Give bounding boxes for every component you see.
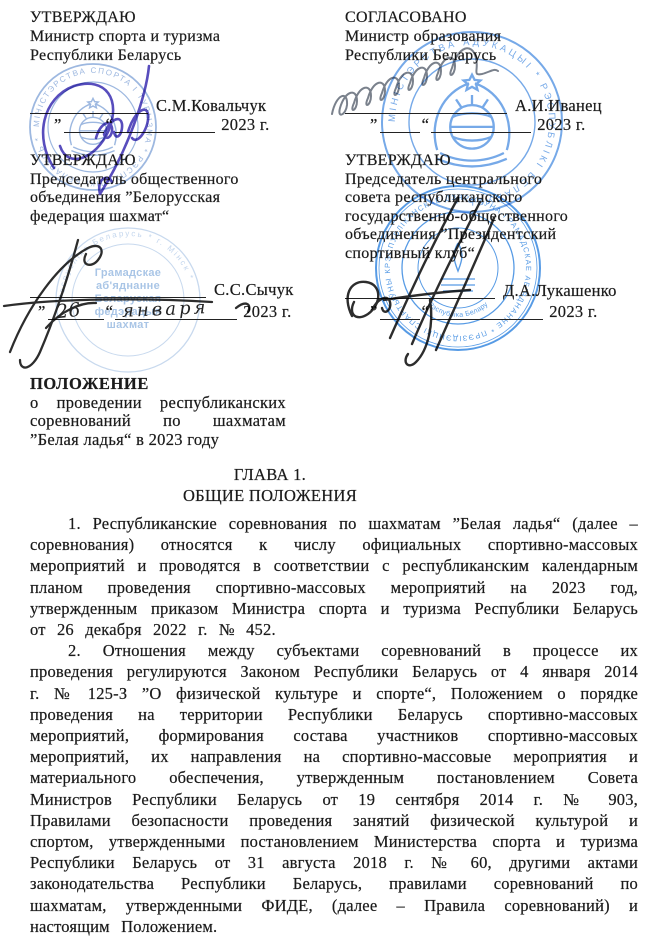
signer-name: С.М.Ковальчук <box>148 97 266 114</box>
org-line: Министр спорта и туризма <box>30 27 322 46</box>
signature-row: А.И.Иванец <box>345 96 602 114</box>
chapter-heading: ГЛАВА 1. ОБЩИЕ ПОЛОЖЕНИЯ <box>30 464 510 506</box>
open-quote: ” <box>36 303 48 320</box>
org-line: Республики Беларусь <box>345 46 637 65</box>
title-line: ”Белая ладья“ в 2023 году <box>30 431 286 450</box>
approval-heading: УТВЕРЖДАЮ <box>345 152 637 171</box>
paragraph-1: 1. Республиканские соревнования по шахма… <box>30 513 638 640</box>
signature-line <box>345 96 507 114</box>
org-line: Министр образования <box>345 27 637 46</box>
year-label: 2023 г. <box>531 116 585 133</box>
handwritten-month: января <box>122 297 209 322</box>
approval-block-chess-federation: УТВЕРЖДАЮ Председатель общественного объ… <box>30 152 322 226</box>
year-label: 2023 г. <box>215 116 269 133</box>
org-line: совета республиканского <box>345 189 637 208</box>
chapter-number: ГЛАВА 1. <box>30 464 510 485</box>
day-blank <box>64 115 104 133</box>
signature-line <box>30 96 148 114</box>
org-line: федерация шахмат“ <box>30 208 322 227</box>
body-text: 1. Республиканские соревнования по шахма… <box>30 513 638 937</box>
date-line: ” “ 2023 г. <box>368 303 598 320</box>
approval-block-education-minister: СОГЛАСОВАНО Министр образования Республи… <box>345 8 637 65</box>
approval-heading: УТВЕРЖДАЮ <box>30 152 322 171</box>
date-line: ” “ 2023 г. <box>368 116 586 133</box>
svg-text:Грамадскае: Грамадскае <box>95 267 161 279</box>
org-line: Председатель центрального <box>345 171 637 190</box>
month-blank <box>431 115 531 133</box>
approval-block-sport-minister: УТВЕРЖДАЮ Министр спорта и туризма Респу… <box>30 8 322 65</box>
signer-name: Д.А.Лукашенко <box>495 282 617 299</box>
close-quote: “ <box>420 116 432 133</box>
org-line: Республики Беларусь <box>30 46 322 65</box>
day-blank <box>380 302 420 320</box>
month-blank <box>115 115 215 133</box>
document-title-block: ПОЛОЖЕНИЕ о проведении республиканских с… <box>30 375 286 449</box>
signer-name: С.С.Сычук <box>206 281 294 298</box>
close-quote: “ <box>104 303 116 320</box>
paragraph-2: 2. Отношения между субъектами соревнован… <box>30 640 638 937</box>
signature-row: Д.А.Лукашенко <box>345 281 617 299</box>
open-quote: ” <box>368 116 380 133</box>
org-line: Председатель общественного <box>30 171 322 190</box>
month-blank <box>431 302 543 320</box>
approval-block-sport-club: УТВЕРЖДАЮ Председатель центрального сове… <box>345 152 637 264</box>
close-quote: “ <box>104 116 116 133</box>
approval-heading: УТВЕРЖДАЮ <box>30 8 322 27</box>
org-line: государственно-общественного <box>345 208 637 227</box>
approval-heading: СОГЛАСОВАНО <box>345 8 637 27</box>
signature-line <box>345 281 495 299</box>
chapter-name: ОБЩИЕ ПОЛОЖЕНИЯ <box>30 485 510 506</box>
day-blank <box>380 115 420 133</box>
document-title: ПОЛОЖЕНИЕ <box>30 375 286 394</box>
signer-name: А.И.Иванец <box>507 97 602 114</box>
year-label: 2023 г. <box>543 303 597 320</box>
signature-row: С.М.Ковальчук <box>30 96 266 114</box>
handwritten-day: 26 <box>55 299 82 323</box>
year-label: 2023 г. <box>237 303 291 320</box>
date-line: ” “ 2023 г. <box>52 116 270 133</box>
org-line: спортивный клуб“ <box>345 245 637 264</box>
title-line: соревнований по шахматам <box>30 412 286 431</box>
org-line: объединения ”Президентский <box>345 226 637 245</box>
close-quote: “ <box>420 303 432 320</box>
org-line: объединения ”Белорусская <box>30 189 322 208</box>
signature-row: С.С.Сычук <box>30 280 294 298</box>
open-quote: ” <box>52 116 64 133</box>
open-quote: ” <box>368 303 380 320</box>
signature-line <box>30 280 206 298</box>
title-line: о проведении республиканских <box>30 394 286 413</box>
document-page: МІНІСТЭРСТВА СПОРТА І ТУРЫЗМА * РЭСПУБЛІ… <box>0 0 650 938</box>
